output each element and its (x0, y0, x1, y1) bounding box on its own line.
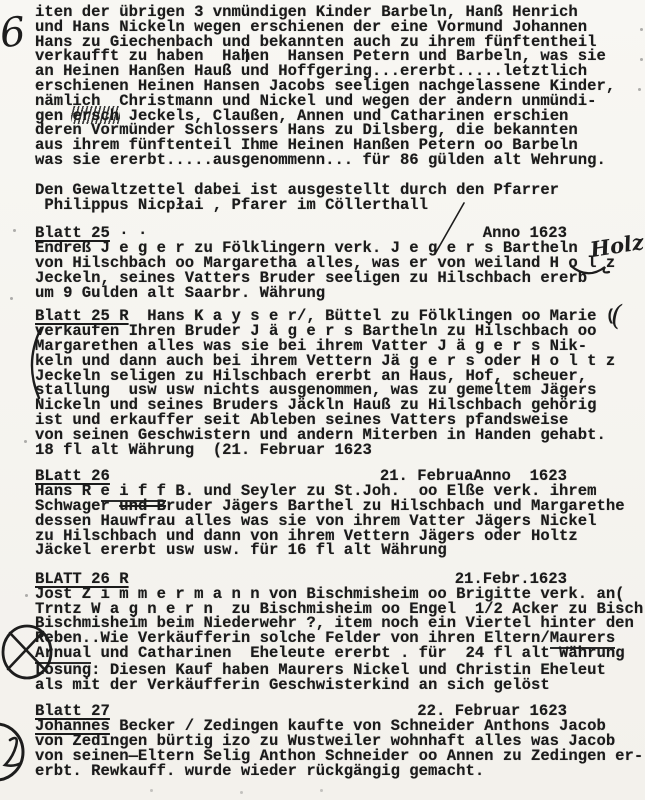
crossed-out-word: ersch (72, 107, 119, 125)
text-line: Arnual und Catharinen Eheleute ererbt . … (35, 646, 637, 661)
noise-speck (25, 594, 28, 597)
text-line: Jäckel ererbt usw usw. für 16 fl alt Wäh… (35, 543, 637, 558)
text-line: Philippus Nicpłai , Pfarer im Cöllerthal… (35, 198, 637, 213)
text-line: um 9 Gulden alt Saarbr. Währung (35, 286, 637, 301)
text-line: was sie ererbt.....ausgenommenn... für 8… (35, 153, 637, 168)
noise-speck (320, 789, 323, 792)
handwritten-numeral-six: 6 (0, 9, 28, 57)
gewaltzettel-note: Den Gewaltzettel dabei ist ausgestellt d… (35, 183, 637, 213)
blatt-26-entry: BLatt 26 21. FebruaAnno 1623 Hans R e i … (35, 469, 637, 558)
noise-speck (640, 58, 643, 61)
text-line: 18 fl alt Währung (21. Februar 1623 (35, 443, 637, 458)
blatt-25r-entry: Blatt 25 R Hans K a y s e r/, Büttel zu … (35, 309, 637, 457)
noise-speck (24, 440, 27, 443)
losung-note: Losung: Diesen Kauf haben Maurers Nickel… (35, 663, 637, 693)
blatt-25-entry: Blatt 25 · · Anno 1623 Endreß J e g e r … (35, 226, 637, 300)
noise-speck (13, 229, 16, 232)
intro-paragraph: iten der übrigen 3 vnmündigen Kinder Bar… (35, 5, 637, 168)
typewritten-text-column: iten der übrigen 3 vnmündigen Kinder Bar… (35, 5, 637, 778)
blatt-27-entry: Blatt 27 22. Februar 1623 Johannes Becke… (35, 704, 637, 778)
scanned-document-page: 6 Holz ( iten der übrigen 3 vnmündigen K… (0, 0, 645, 800)
text-line: erbt. Rewkauff. wurde wieder rückgängig … (35, 764, 637, 779)
noise-speck (640, 28, 643, 31)
text-segment: und Catharinen Eheleute ererbt . für 24 … (91, 644, 624, 662)
noise-speck (638, 88, 641, 91)
noise-speck (150, 789, 153, 792)
text-line: als mit der Verkäufferin Geschwisterkind… (35, 678, 637, 693)
circled-numeral-mark-icon (0, 722, 32, 784)
noise-speck (10, 297, 13, 300)
blatt-26r-entry: BLATT 26 R 21.Febr.1623 Jost Z i m m e r… (35, 572, 637, 661)
noise-speck (240, 791, 243, 794)
